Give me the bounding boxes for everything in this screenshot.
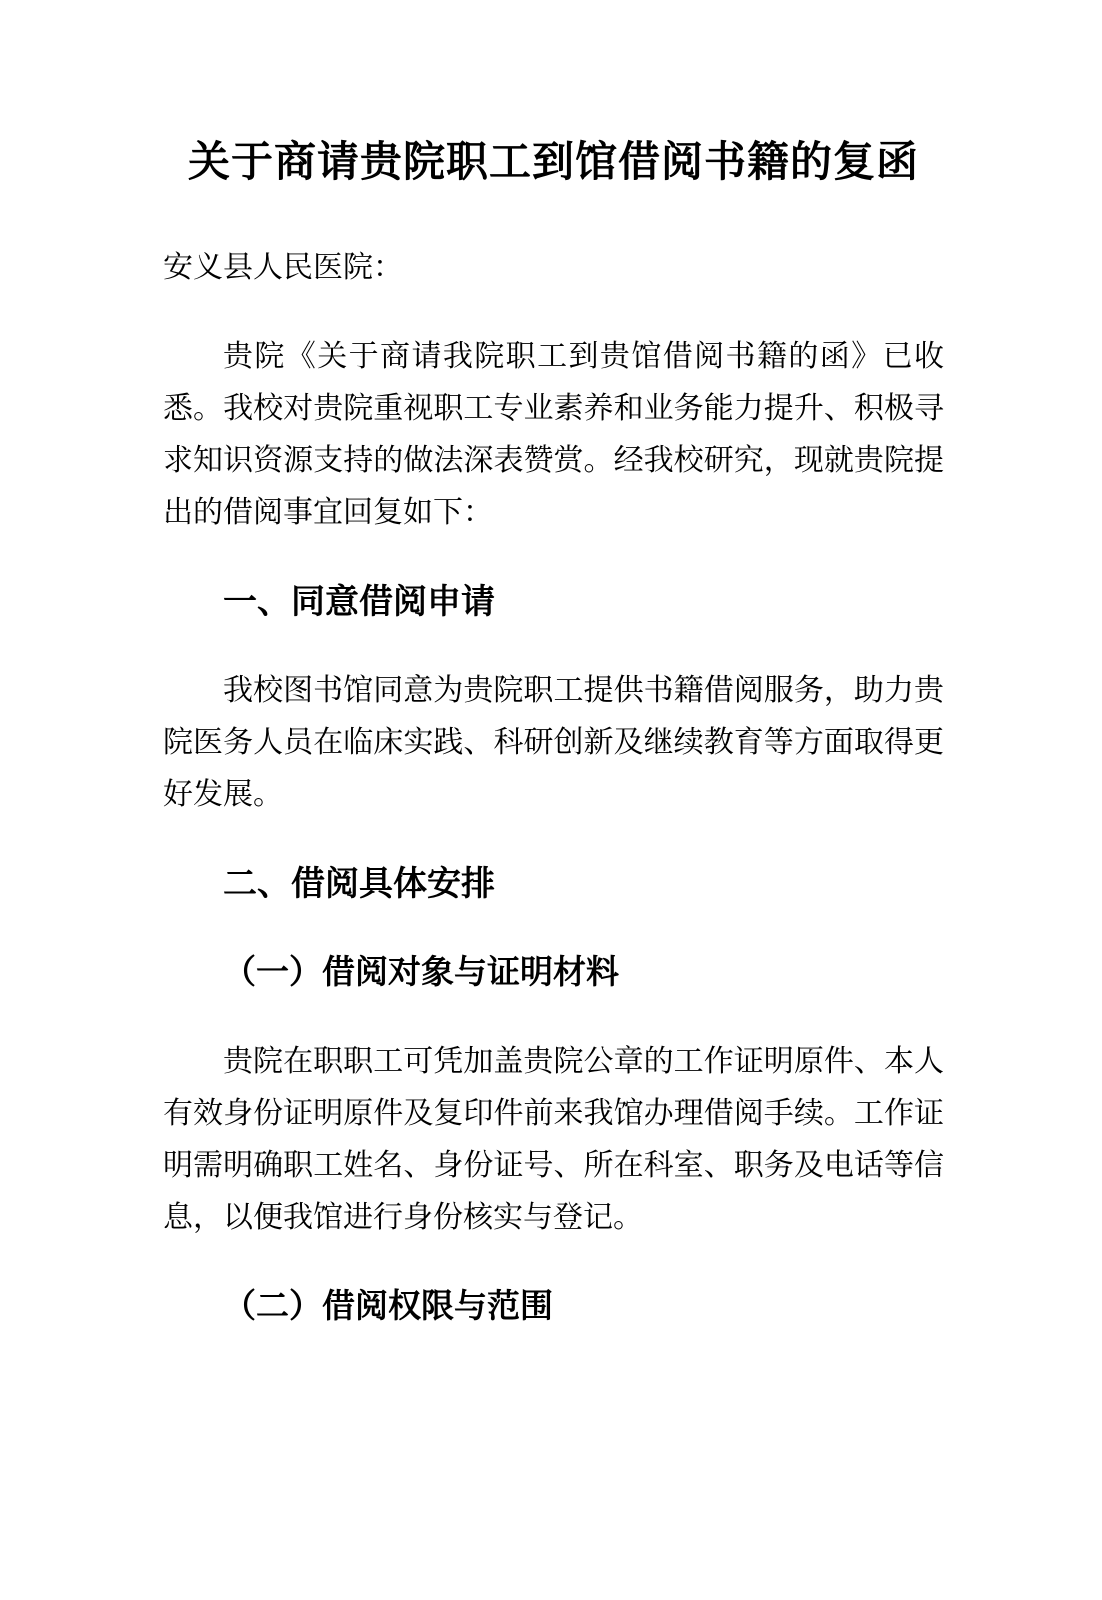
section-1-paragraph: 我校图书馆同意为贵院职工提供书籍借阅服务，助力贵院医务人员在临床实践、科研创新及… [163, 665, 944, 821]
document-page: 关于商请贵院职工到馆借阅书籍的复函 安义县人民医院： 贵院《关于商请我院职工到贵… [0, 0, 1102, 1600]
section-2-heading: 二、借阅具体安排 [223, 858, 944, 910]
subsection-2-1-paragraph: 贵院在职职工可凭加盖贵院公章的工作证明原件、本人有效身份证明原件及复印件前来我馆… [163, 1036, 944, 1244]
subsection-2-1-heading: （一）借阅对象与证明材料 [223, 947, 944, 999]
intro-paragraph: 贵院《关于商请我院职工到贵馆借阅书籍的函》已收悉。我校对贵院重视职工专业素养和业… [163, 331, 944, 539]
document-title: 关于商请贵院职工到馆借阅书籍的复函 [163, 138, 944, 188]
subsection-2-2-heading: （二）借阅权限与范围 [223, 1281, 944, 1333]
salutation: 安义县人民医院： [163, 242, 944, 294]
section-1-heading: 一、同意借阅申请 [223, 576, 944, 628]
